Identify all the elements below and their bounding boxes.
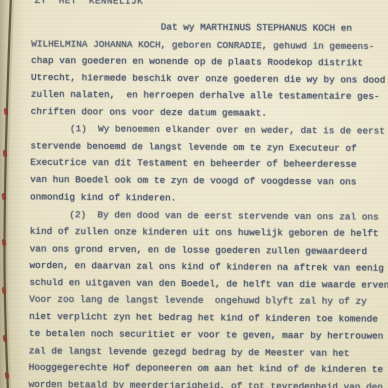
typewritten-line: Voor zoo lang de langst levende ongehuwd… <box>29 290 387 309</box>
binding-stitch-mark <box>2 287 7 294</box>
typewritten-line: kind of zullen onze kinderen uit ons huw… <box>30 222 388 241</box>
typewritten-text-block: ZY HET KENNELIJK Dat wy MARTHINUS STEPHA… <box>28 18 388 388</box>
typewritten-line: van ons grond erven, en de losse goedere… <box>30 240 388 260</box>
scanned-page: ZY HET KENNELIJK Dat wy MARTHINUS STEPHA… <box>0 0 388 388</box>
typewritten-line: zullen nalaten, en herroepen derhalve al… <box>31 86 388 105</box>
binding-stitch-mark <box>3 150 8 157</box>
typewritten-line: (1) Wy benoemen elkander over en weder, … <box>30 120 388 140</box>
binding-stitch-mark <box>2 193 7 200</box>
typewritten-line: worden betaald by meerderjarigheid, of t… <box>28 376 386 388</box>
typewritten-line: Dat wy MARTHINUS STEPHANUS KOCH en <box>31 18 388 37</box>
binding-stitch-mark <box>5 372 10 379</box>
typewritten-line: te betalen noch securitiet er voor te ge… <box>29 325 387 345</box>
typewritten-line: WILHELMINA JOHANNA KOCH, geboren CONRADI… <box>31 35 388 55</box>
typewritten-line: Executrice van dit Testament en beheerde… <box>30 154 388 173</box>
typewritten-line: Hooggegerechte Hof deponeeren om aan het… <box>29 359 387 378</box>
binding-stitch-mark <box>3 335 8 342</box>
binding-stitch-mark <box>2 239 7 246</box>
header-line: ZY HET KENNELIJK <box>34 0 143 10</box>
binding-stitch-mark <box>4 108 9 115</box>
typewritten-line: van hun Boedel ook om te zyn de voogd of… <box>30 171 388 191</box>
